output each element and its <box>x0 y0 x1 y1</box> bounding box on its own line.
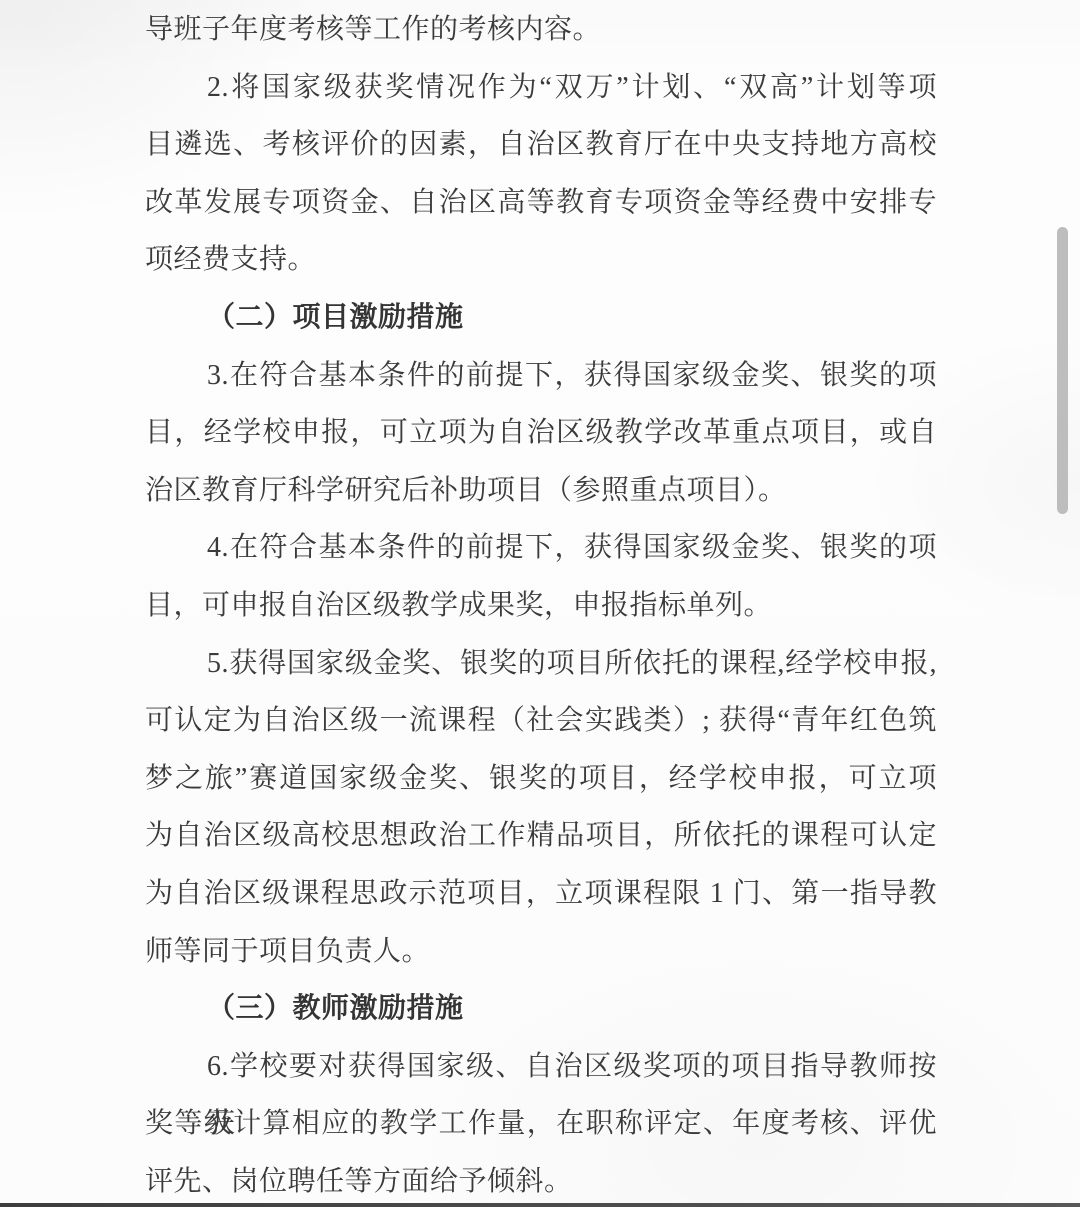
document-line: 3.在符合基本条件的前提下，获得国家级金奖、银奖的项 <box>145 347 937 405</box>
document-line: 6.学校要对获得国家级、自治区级奖项的项目指导教师按获 <box>145 1038 937 1096</box>
document-line: 4.在符合基本条件的前提下，获得国家级金奖、银奖的项 <box>145 519 937 577</box>
document-line: 为自治区级课程思政示范项目，立项课程限 1 门、第一指导教 <box>145 865 937 923</box>
document-line: 改革发展专项资金、自治区高等教育专项资金等经费中安排专 <box>145 174 937 232</box>
document-line: 梦之旅”赛道国家级金奖、银奖的项目，经学校申报，可立项 <box>145 750 937 808</box>
page-bottom-edge <box>0 1203 1080 1207</box>
document-line: 目，可申报自治区级教学成果奖，申报指标单列。 <box>145 577 937 635</box>
document-line: 师等同于项目负责人。 <box>145 923 937 981</box>
section-heading: （二）项目激励措施 <box>145 289 937 347</box>
document-line: 评先、岗位聘任等方面给予倾斜。 <box>145 1153 937 1207</box>
document-line: 可认定为自治区级一流课程（社会实践类）; 获得“青年红色筑 <box>145 692 937 750</box>
document-line: 奖等级计算相应的教学工作量，在职称评定、年度考核、评优 <box>145 1095 937 1153</box>
document-line: 导班子年度考核等工作的考核内容。 <box>145 1 937 59</box>
document-text: 导班子年度考核等工作的考核内容。 2.将国家级获奖情况作为“双万”计划、“双高”… <box>145 1 937 1207</box>
document-line: 为自治区级高校思想政治工作精品项目，所依托的课程可认定 <box>145 807 937 865</box>
document-line: 治区教育厅科学研究后补助项目（参照重点项目）。 <box>145 462 937 520</box>
section-heading: （三）教师激励措施 <box>145 980 937 1038</box>
document-line: 目遴选、考核评价的因素，自治区教育厅在中央支持地方高校 <box>145 116 937 174</box>
document-page: 导班子年度考核等工作的考核内容。 2.将国家级获奖情况作为“双万”计划、“双高”… <box>0 0 1080 1207</box>
document-line: 项经费支持。 <box>145 231 937 289</box>
document-line: 5.获得国家级金奖、银奖的项目所依托的课程,经学校申报, <box>145 635 937 693</box>
scrollbar-thumb[interactable] <box>1057 227 1068 514</box>
document-line: 2.将国家级获奖情况作为“双万”计划、“双高”计划等项 <box>145 59 937 117</box>
document-line: 目，经学校申报，可立项为自治区级教学改革重点项目，或自 <box>145 404 937 462</box>
